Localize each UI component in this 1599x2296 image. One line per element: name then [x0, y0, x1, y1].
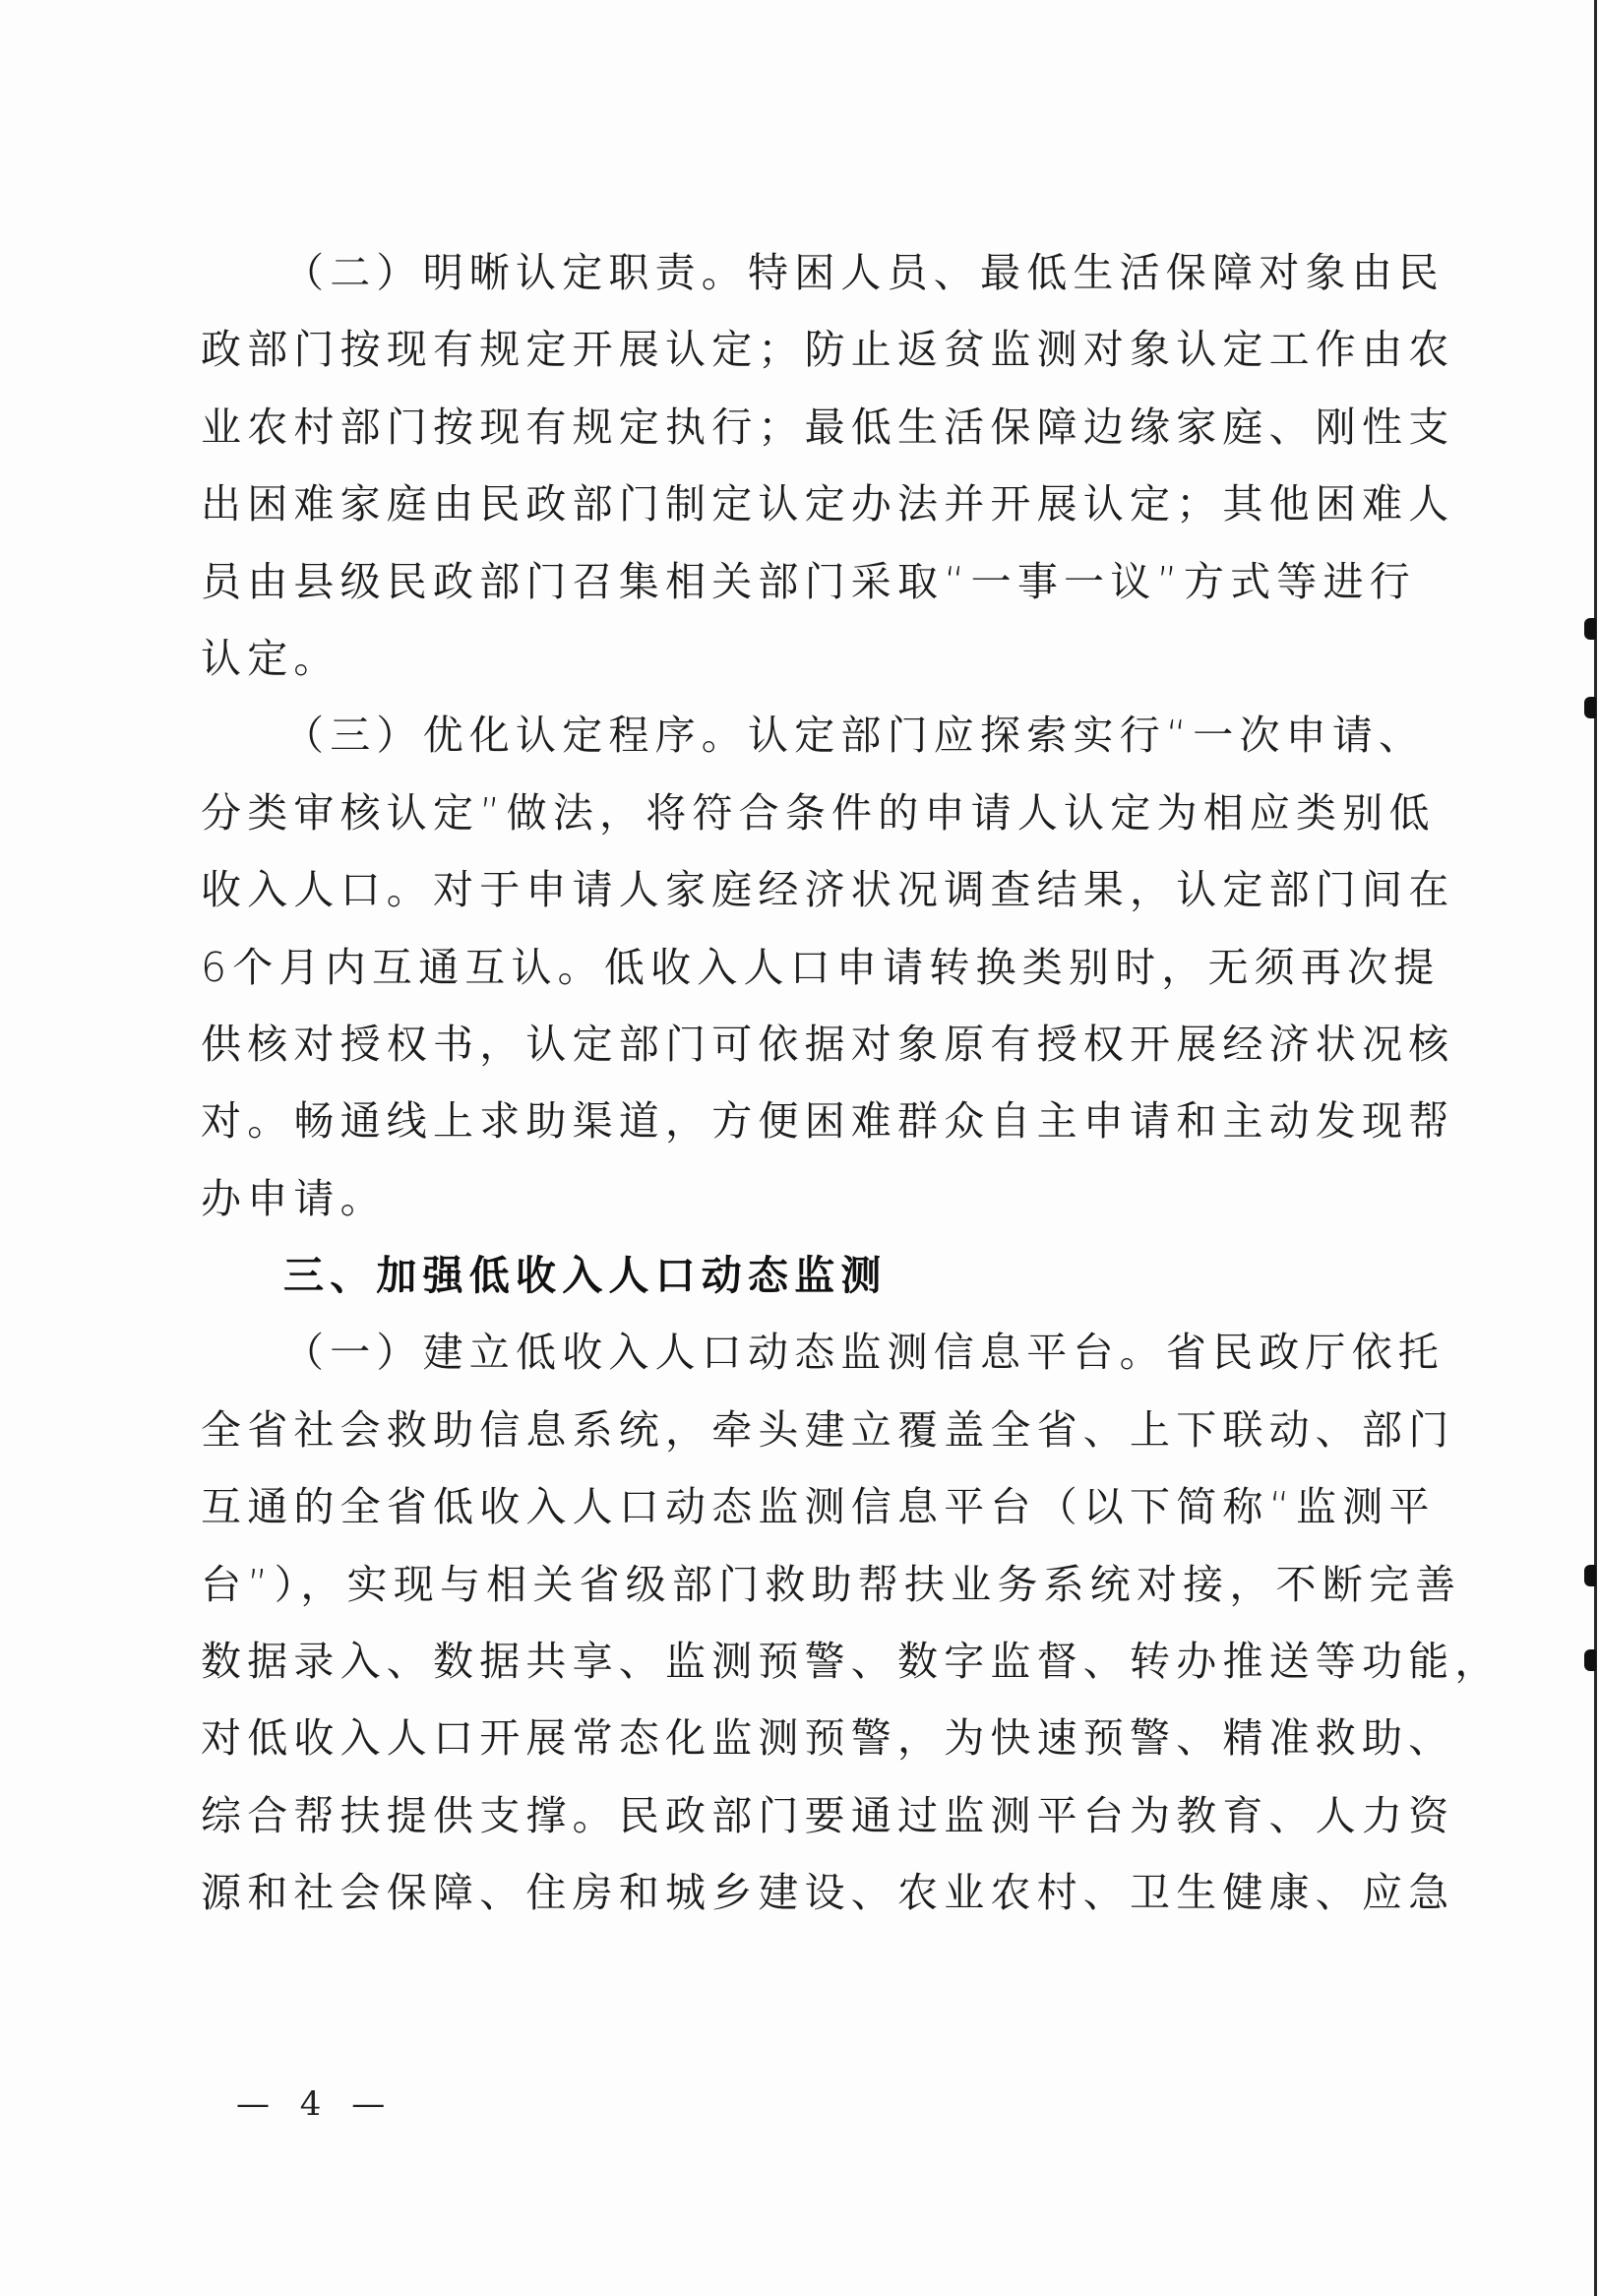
- paragraph-line: 数据录入、数据共享、监测预警、数字监督、转办推送等功能，: [201, 1623, 1372, 1700]
- paragraph-line: 对。畅通线上求助渠道，方便困难群众自主申请和主动发现帮: [201, 1083, 1372, 1159]
- paragraph-line: （一）建立低收入人口动态监测信息平台。省民政厅依托: [201, 1314, 1372, 1391]
- paragraph-line: 办申请。: [201, 1160, 1372, 1237]
- paragraph-line: （二）明晰认定职责。特困人员、最低生活保障对象由民: [201, 234, 1372, 311]
- body-text: （二）明晰认定职责。特困人员、最低生活保障对象由民 政部门按现有规定开展认定；防…: [201, 234, 1372, 1932]
- section-heading: 三、加强低收入人口动态监测: [201, 1237, 1372, 1314]
- paragraph-line: 政部门按现有规定开展认定；防止返贫监测对象认定工作由农: [201, 311, 1372, 388]
- paragraph-line: 供核对授权书，认定部门可依据对象原有授权开展经济状况核: [201, 1006, 1372, 1083]
- paragraph-line: 源和社会保障、住房和城乡建设、农业农村、卫生健康、应急: [201, 1854, 1372, 1931]
- paragraph-line: 对低收入人口开展常态化监测预警，为快速预警、精准救助、: [201, 1700, 1372, 1776]
- paragraph-line: 认定。: [201, 620, 1372, 697]
- paragraph-line: 台”），实现与相关省级部门救助帮扶业务系统对接，不断完善: [201, 1546, 1372, 1623]
- paragraph-line: （三）优化认定程序。认定部门应探索实行“一次申请、: [201, 697, 1372, 774]
- paragraph-line: 全省社会救助信息系统，牵头建立覆盖全省、上下联动、部门: [201, 1392, 1372, 1468]
- page-number: — 4 —: [236, 2084, 395, 2124]
- scan-edge-line: [1594, 0, 1597, 2296]
- binding-mark: [1584, 1649, 1596, 1671]
- paragraph-line: 出困难家庭由民政部门制定认定办法并开展认定；其他困难人: [201, 465, 1372, 542]
- paragraph-line: 6个月内互通互认。低收入人口申请转换类别时，无须再次提: [201, 929, 1372, 1006]
- paragraph-line: 互通的全省低收入人口动态监测信息平台（以下简称“监测平: [201, 1468, 1372, 1545]
- binding-mark: [1584, 1565, 1596, 1586]
- binding-mark: [1584, 618, 1596, 640]
- paragraph-line: 收入人口。对于申请人家庭经济状况调查结果，认定部门间在: [201, 851, 1372, 928]
- binding-mark: [1584, 697, 1596, 718]
- paragraph-line: 综合帮扶提供支撑。民政部门要通过监测平台为教育、人力资: [201, 1777, 1372, 1854]
- paragraph-line: 业农村部门按现有规定执行；最低生活保障边缘家庭、刚性支: [201, 389, 1372, 465]
- paragraph-line: 员由县级民政部门召集相关部门采取“一事一议”方式等进行: [201, 543, 1372, 620]
- document-page: （二）明晰认定职责。特困人员、最低生活保障对象由民 政部门按现有规定开展认定；防…: [0, 0, 1599, 2296]
- paragraph-line: 分类审核认定”做法，将符合条件的申请人认定为相应类别低: [201, 775, 1372, 851]
